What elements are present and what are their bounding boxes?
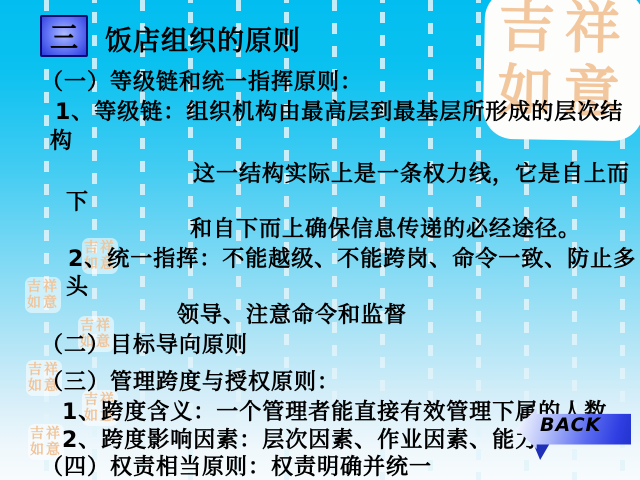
text-line-chain-def: 1、等级链：组织机构由最高层到最基层所形成的层次结 (55, 95, 623, 126)
slide-title: 饭店组织的原则 (105, 19, 301, 58)
text-line-power-line-wrap: 下 (66, 185, 89, 216)
text-line-unified-command: 2、统一指挥：不能越级、不能跨岗、命令一致、防止多 (68, 242, 636, 273)
text-line-unified-wrap: 头 (66, 270, 89, 301)
text-line-power-line: 这一结构实际上是一条权力线，它是自上而 (193, 157, 630, 188)
text-line-principle-4: （四）权责相当原则：权责明确并统一 (41, 450, 432, 480)
section-number-badge: 三 (40, 15, 88, 57)
text-line-principle-2: （二）目标导向原则 (41, 328, 248, 359)
text-line-info-path: 和自下而上确保信息传递的必经途径。 (190, 212, 581, 243)
text-line-principle-3: （三）管理跨度与授权原则： (41, 365, 340, 396)
decorative-seal-small: 吉祥如意 (25, 277, 61, 313)
text-line-principle-1: （一）等级链和统一指挥原则： (41, 65, 363, 96)
text-line-leadership: 领导、注意命令和监督 (177, 298, 407, 329)
presentation-slide: 吉祥如意 吉祥如意 吉祥如意 吉祥如意 吉祥如意 吉祥如意 吉祥如意 三 饭店组… (0, 0, 640, 480)
text-line-chain-def-wrap: 构 (50, 124, 73, 155)
